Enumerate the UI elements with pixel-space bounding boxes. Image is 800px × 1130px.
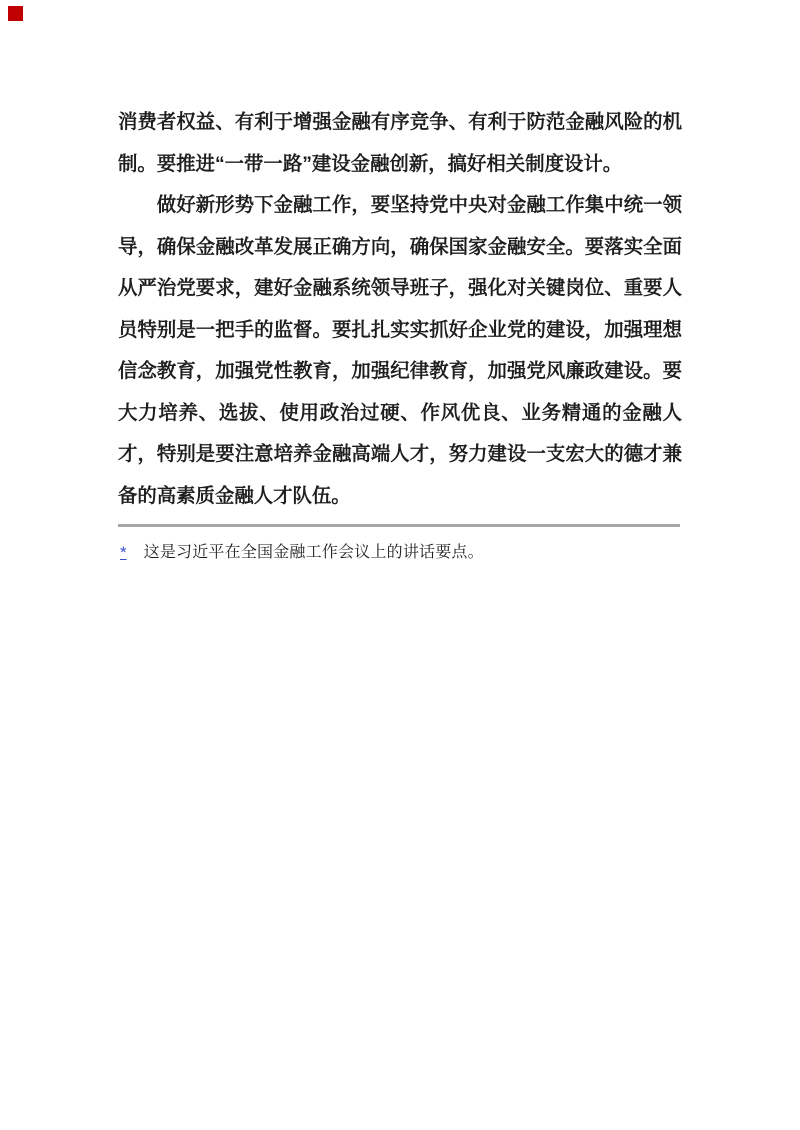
body-paragraphs: 消费者权益、有利于增强金融有序竞争、有利于防范金融风险的机制。要推进“一带一路”…: [118, 102, 682, 517]
footnote-marker-link[interactable]: *: [120, 542, 127, 564]
document-content: 消费者权益、有利于增强金融有序竞争、有利于防范金融风险的机制。要推进“一带一路”…: [118, 102, 682, 564]
red-corner-marker: [8, 6, 23, 21]
footnote-divider: [118, 524, 680, 527]
paragraph-2: 做好新形势下金融工作，要坚持党中央对金融工作集中统一领导，确保金融改革发展正确方…: [118, 185, 682, 517]
document-page: 消费者权益、有利于增强金融有序竞争、有利于防范金融风险的机制。要推进“一带一路”…: [0, 0, 800, 1130]
footnote: * 这是习近平在全国金融工作会议上的讲话要点。: [118, 542, 682, 564]
paragraph-1: 消费者权益、有利于增强金融有序竞争、有利于防范金融风险的机制。要推进“一带一路”…: [118, 102, 682, 185]
footnote-text: 这是习近平在全国金融工作会议上的讲话要点。: [144, 542, 484, 564]
